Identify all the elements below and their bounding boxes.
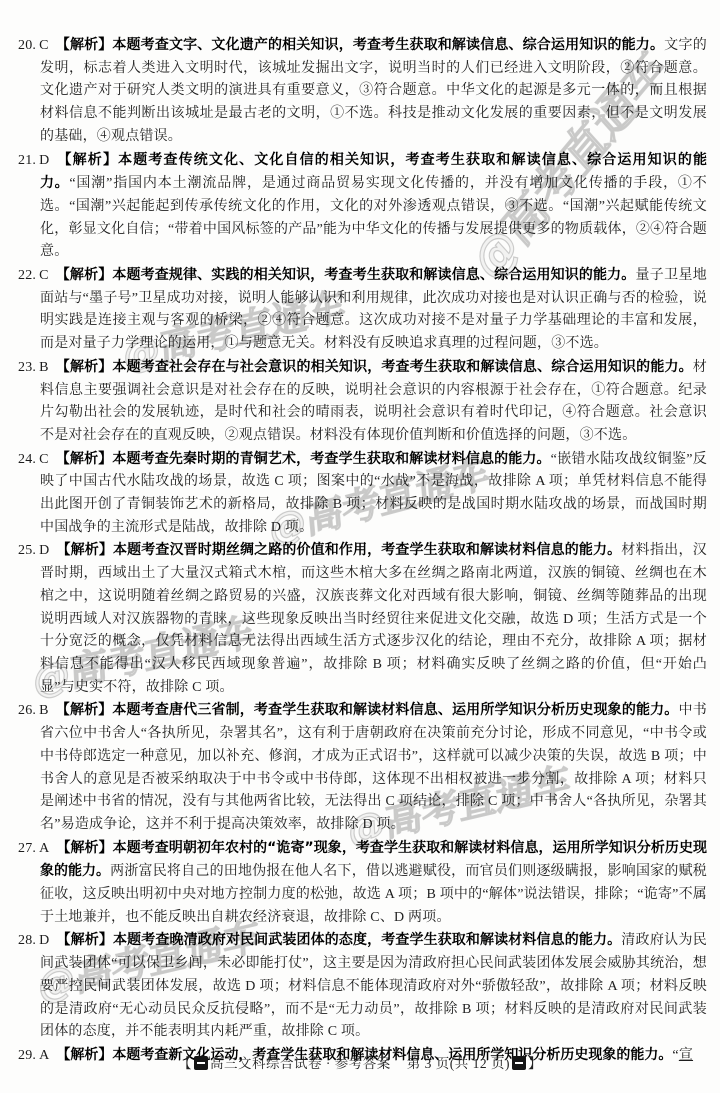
answer-item-21: 21.D【解析】本题考查传统文化、文化自信的相关知识，考查考生获取和解读信息、综… <box>18 149 707 265</box>
footer-title: 高三文科综合试卷 · 参考答案 <box>210 1056 391 1071</box>
question-number: 24. <box>18 452 36 467</box>
answer-item-24: 24.C【解析】本题考查先秦时期的青铜艺术，考查学生获取和解读材料信息的能力。“… <box>18 448 707 540</box>
answer-item-27: 27.A【解析】本题考查明朝初年农村的“诡寄”现象，考查学生获取和解读材料信息，… <box>18 837 707 930</box>
question-number: 26. <box>18 703 36 718</box>
analysis-heading: 【解析】本题考查汉晋时期丝绸之路的价值和作用，考查学生获取和解读材料信息的能力。 <box>56 542 621 558</box>
question-number: 22. <box>18 268 36 283</box>
analysis-text: 两浙富民将自己的田地伪报在他人名下，借以逃避赋役，而官员们则逐级瞒报，影响国家的… <box>40 864 707 924</box>
footer-marker-icon <box>512 1056 526 1070</box>
question-number: 27. <box>18 841 36 856</box>
question-number: 21. <box>18 153 36 168</box>
analysis-text: “国潮”指国内本土潮流品牌，是通过商品贸易实现文化传播的，并没有增加文化传播的手… <box>40 176 707 259</box>
answer-item-28: 28.D【解析】本题考查晚清政府对民间武装团体的态度，考查学生获取和解读材料信息… <box>18 929 707 1044</box>
question-number: 20. <box>18 38 36 53</box>
answer-letter: D <box>39 153 49 168</box>
analysis-text: 中书省六位中书舍人“各执所见，杂署其名”，这有利于唐朝政府在决策前充分讨论，形成… <box>40 703 707 832</box>
analysis-text: 清政府认为民间武装团体“可以保卫乡闾，未必即能打仗”，这主要是因为清政府担心民间… <box>40 933 707 1039</box>
footer-marker-icon <box>194 1056 208 1070</box>
question-number: 28. <box>18 933 36 948</box>
footer-bracket-close: 】 <box>528 1056 542 1071</box>
answer-letter: C <box>39 452 49 467</box>
analysis-text: 文字的发明，标志着人类进入文明时代，该城址发掘出文字，说明当时的人们已经进入文明… <box>40 38 707 144</box>
footer-page-number: 第 3 页(共 12 页) <box>407 1056 510 1071</box>
analysis-heading: 【解析】本题考查规律、实践的相关知识，考查考生获取和解读信息、综合运用知识的能力… <box>56 267 636 283</box>
answer-item-25: 25.D【解析】本题考查汉晋时期丝绸之路的价值和作用，考查学生获取和解读材料信息… <box>18 539 707 699</box>
answer-letter: C <box>39 38 49 53</box>
answer-item-26: 26.B【解析】本题考查唐代三省制，考查学生获取和解读材料信息、运用所学知识分析… <box>18 699 707 836</box>
answer-key-page: 20.C【解析】本题考查文字、文化遗产的相关知识，考查考生获取和解读信息、综合运… <box>18 34 707 1068</box>
answer-letter: A <box>39 841 49 856</box>
answer-letter: B <box>39 360 49 375</box>
analysis-heading: 【解析】本题考查文字、文化遗产的相关知识，考查考生获取和解读信息、综合运用知识的… <box>56 37 664 53</box>
analysis-text: 材料指出，汉晋时期，西域出土了大量汉式箱式木棺，而这些木棺大多在丝绸之路南北两道… <box>40 543 707 694</box>
footer-bracket-open: 【 <box>178 1056 192 1071</box>
analysis-heading: 【解析】本题考查唐代三省制，考查学生获取和解读材料信息、运用所学知识分析历史现象… <box>56 702 679 718</box>
analysis-heading: 【解析】本题考查晚清政府对民间武装团体的态度，考查学生获取和解读材料信息的能力。 <box>56 932 621 948</box>
answer-item-23: 23.B【解析】本题考查社会存在与社会意识的相关知识，考查考生获取和解读信息、综… <box>18 356 707 448</box>
answer-item-22: 22.C【解析】本题考查规律、实践的相关知识，考查考生获取和解读信息、综合运用知… <box>18 264 707 356</box>
answer-letter: C <box>39 268 49 283</box>
answer-letter: B <box>39 703 49 718</box>
answer-item-20: 20.C【解析】本题考查文字、文化遗产的相关知识，考查考生获取和解读信息、综合运… <box>18 34 707 149</box>
page-footer: 【高三文科综合试卷 · 参考答案第 3 页(共 12 页)】 <box>0 1052 720 1072</box>
question-number: 23. <box>18 360 36 375</box>
question-number: 25. <box>18 543 36 558</box>
analysis-heading: 【解析】本题考查社会存在与社会意识的相关知识，考查考生获取和解读信息、综合运用知… <box>56 359 693 375</box>
answer-letter: D <box>39 933 49 948</box>
analysis-heading: 【解析】本题考查先秦时期的青铜艺术，考查学生获取和解读材料信息的能力。 <box>56 451 551 467</box>
answer-letter: D <box>39 543 49 558</box>
